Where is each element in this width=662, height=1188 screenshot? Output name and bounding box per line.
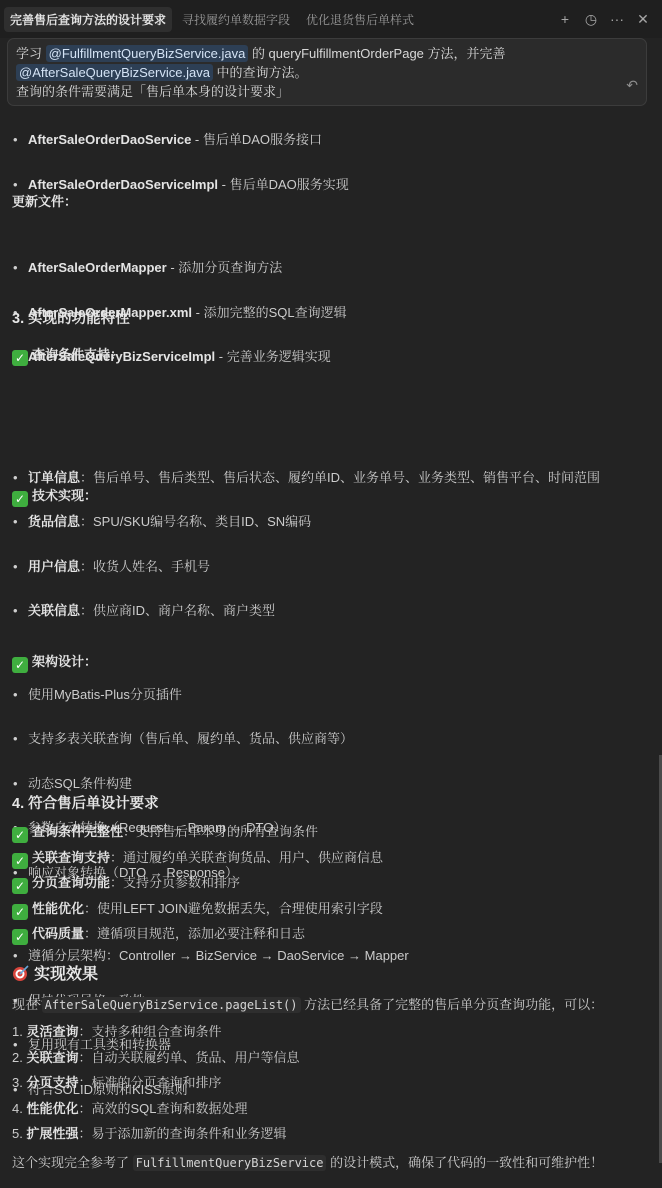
ordered-item: 1. 灵活查询：支持多种组合查询条件 [12,1022,222,1041]
tab-bar: 完善售后查询方法的设计要求 寻找履约单数据字段 优化退货售后单样式 + ◷ ··… [0,0,662,38]
requirement-item: ✓查询条件完整性：支持售后单本身的所有查询条件 [12,822,318,843]
checkmark-icon: ✓ [12,929,28,945]
inline-code: FulfillmentQueryBizService [133,1155,327,1171]
close-icon[interactable]: ✕ [636,11,650,28]
checkmark-icon: ✓ [12,904,28,920]
prompt-text: 中的查询方法。 [213,65,308,80]
requirement-item: ✓分页查询功能：支持分页参数和排序 [12,873,240,894]
checkmark-icon: ✓ [12,350,28,366]
subsection-heading: ✓查询条件支持： [12,345,123,366]
inline-code: AfterSaleQueryBizService.pageList() [42,997,301,1013]
tab-design-requirements[interactable]: 完善售后查询方法的设计要求 [4,7,172,32]
tab-return-style[interactable]: 优化退货售后单样式 [300,7,420,32]
list-item: 货品信息：SPU/SKU编号名称、类目ID、SN编码 [12,512,632,531]
more-icon[interactable]: ··· [610,11,624,27]
list-item: 遵循分层架构：Controller → BizService → DaoServ… [12,946,632,965]
plus-icon[interactable]: + [558,11,572,27]
target-dart-icon [12,964,30,982]
ordered-item: 3. 分页支持：标准的分页查询和排序 [12,1073,222,1092]
checkmark-icon: ✓ [12,827,28,843]
prompt-text: 查询的条件需要满足「售后单本身的设计要求」 [16,82,638,101]
list-item: 使用MyBatis-Plus分页插件 [12,685,632,704]
effect-intro: 现在 AfterSaleQueryBizService.pageList() 方… [12,995,603,1015]
tab-fulfillment-fields[interactable]: 寻找履约单数据字段 [176,7,296,32]
list-item: 支持多表关联查询（售后单、履约单、货品、供应商等） [12,729,632,748]
list-item: AfterSaleOrderMapper - 添加分页查询方法 [12,258,632,277]
list-item: AfterSaleOrderDaoService - 售后单DAO服务接口 [12,130,632,149]
user-prompt[interactable]: 学习 @FulfillmentQueryBizService.java 的 qu… [7,38,647,106]
list-item: 用户信息：收货人姓名、手机号 [12,557,632,576]
file-mention[interactable]: @FulfillmentQueryBizService.java [46,45,249,62]
effect-heading: 实现效果 [12,964,98,984]
checkmark-icon: ✓ [12,878,28,894]
prompt-text: 学习 [16,46,46,61]
checkmark-icon: ✓ [12,657,28,673]
effect-outro: 这个实现完全参考了 FulfillmentQueryBizService 的设计… [12,1153,603,1173]
chat-response: AfterSaleOrderDaoService - 售后单DAO服务接口 Af… [12,100,632,442]
prompt-text: 的 queryFulfillmentOrderPage 方法，并完善 [248,46,505,61]
list-item: 动态SQL条件构建 [12,774,632,793]
ordered-item: 4. 性能优化：高效的SQL查询和数据处理 [12,1099,248,1118]
requirement-item: ✓关联查询支持：通过履约单关联查询货品、用户、供应商信息 [12,848,383,869]
section-heading: 4. 符合售后单设计要求 [12,795,159,814]
list-item: AfterSaleOrderDaoServiceImpl - 售后单DAO服务实… [12,175,632,194]
ordered-item: 2. 关联查询：自动关联履约单、货品、用户等信息 [12,1048,300,1067]
checkmark-icon: ✓ [12,491,28,507]
undo-icon[interactable]: ↶ [626,76,638,95]
subsection-heading: ✓架构设计： [12,652,97,673]
ordered-item: 5. 扩展性强：易于添加新的查询条件和业务逻辑 [12,1124,287,1143]
section-heading: 3. 实现的功能特性 [12,310,130,329]
section-label: 更新文件： [12,192,77,211]
subsection-heading: ✓技术实现： [12,486,97,507]
list-item: 关联信息：供应商ID、商户名称、商户类型 [12,601,632,620]
file-mention[interactable]: @AfterSaleQueryBizService.java [16,64,213,81]
checkmark-icon: ✓ [12,853,28,869]
requirement-item: ✓代码质量：遵循项目规范，添加必要注释和日志 [12,924,305,945]
history-icon[interactable]: ◷ [584,11,598,28]
list-item: 订单信息：售后单号、售后类型、售后状态、履约单ID、业务单号、业务类型、销售平台… [12,468,632,487]
requirement-item: ✓性能优化：使用LEFT JOIN避免数据丢失，合理使用索引字段 [12,899,383,920]
